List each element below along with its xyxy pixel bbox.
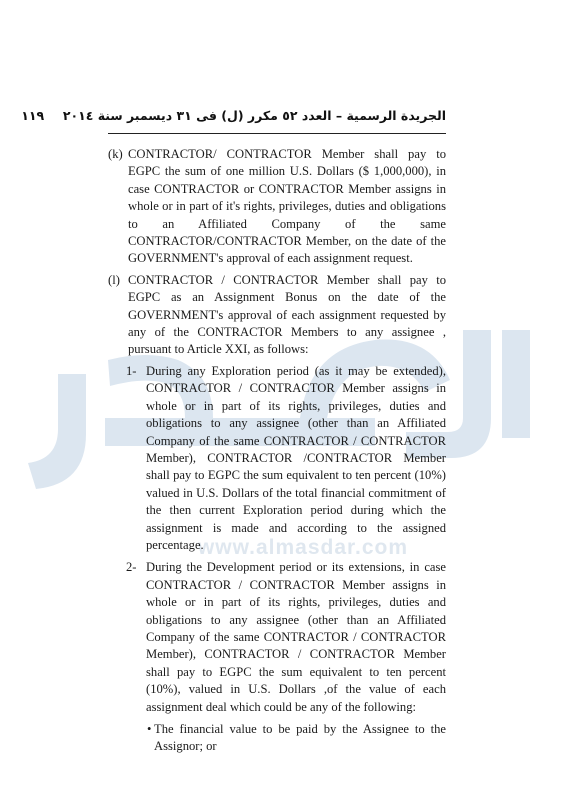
clause-text: CONTRACTOR / CONTRACTOR Member shall pay… — [128, 272, 446, 359]
header-divider — [108, 133, 446, 134]
clause-l-item-2: 2- During the Development period or its … — [108, 559, 446, 716]
clause-l-item-2-bullet-1: • The financial value to be paid by the … — [108, 721, 446, 756]
header-title: الجريدة الرسمية – العدد ٥٢ مكرر (ل) فى ٣… — [63, 108, 446, 123]
item-text: During any Exploration period (as it may… — [146, 363, 446, 554]
clause-k: (k) CONTRACTOR/ CONTRACTOR Member shall … — [108, 146, 446, 268]
item-label: 1- — [126, 363, 137, 380]
clause-l: (l) CONTRACTOR / CONTRACTOR Member shall… — [108, 272, 446, 359]
bullet-icon: • — [147, 721, 151, 738]
page-number: ١١٩ — [21, 108, 44, 123]
bullet-text: The financial value to be paid by the As… — [146, 721, 446, 756]
item-label: 2- — [126, 559, 137, 576]
clause-l-item-1: 1- During any Exploration period (as it … — [108, 363, 446, 554]
running-header: الجريدة الرسمية – العدد ٥٢ مكرر (ل) فى ٣… — [108, 108, 446, 123]
clause-label: (l) — [108, 272, 120, 289]
clause-label: (k) — [108, 146, 123, 163]
item-text: During the Development period or its ext… — [146, 559, 446, 716]
clause-text: CONTRACTOR/ CONTRACTOR Member shall pay … — [128, 146, 446, 268]
document-page: الجريدة الرسمية – العدد ٥٢ مكرر (ل) فى ٣… — [0, 0, 565, 800]
document-body: (k) CONTRACTOR/ CONTRACTOR Member shall … — [108, 146, 446, 756]
